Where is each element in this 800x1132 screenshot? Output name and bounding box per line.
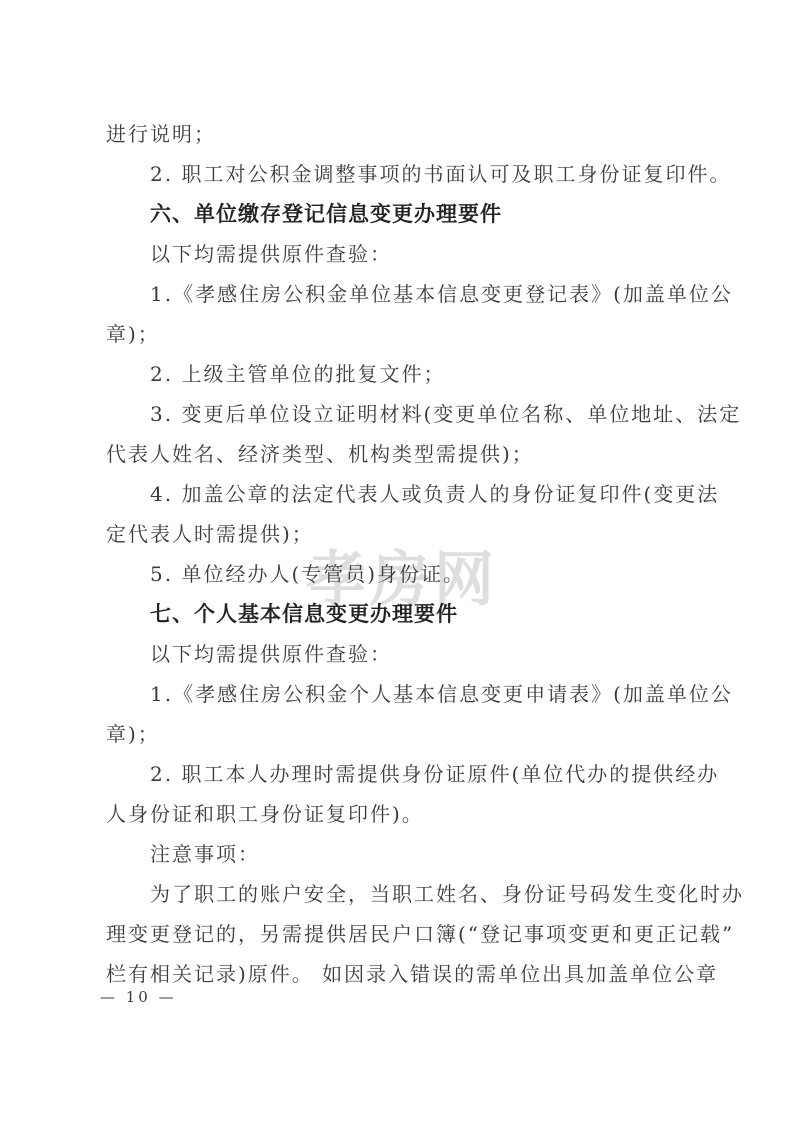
text-line: 进行说明； <box>106 114 726 154</box>
text-line: 5. 单位经办人(专管员)身份证。 <box>106 554 726 594</box>
text-line: 章)； <box>106 714 726 754</box>
text-line: 栏有相关记录)原件。 如因录入错误的需单位出具加盖单位公章 <box>106 954 726 994</box>
text-line: 理变更登记的，另需提供居民户口簿(“登记事项变更和更正记载” <box>106 914 726 954</box>
text-line: 代表人姓名、经济类型、机构类型需提供)； <box>106 434 726 474</box>
text-line: 为了职工的账户安全，当职工姓名、身份证号码发生变化时办 <box>106 874 726 914</box>
text-line: 定代表人时需提供)； <box>106 514 726 554</box>
text-line: 2. 上级主管单位的批复文件； <box>106 354 726 394</box>
section-heading-6: 六、单位缴存登记信息变更办理要件 <box>106 194 726 234</box>
text-line: 人身份证和职工身份证复印件)。 <box>106 794 726 834</box>
text-line: 3. 变更后单位设立证明材料(变更单位名称、单位地址、法定 <box>106 394 726 434</box>
text-line: 1.《孝感住房公积金个人基本信息变更申请表》(加盖单位公 <box>106 674 726 714</box>
text-line: 注意事项： <box>106 834 726 874</box>
text-line: 1.《孝感住房公积金单位基本信息变更登记表》(加盖单位公 <box>106 274 726 314</box>
text-line: 以下均需提供原件查验： <box>106 234 726 274</box>
document-content: 进行说明； 2. 职工对公积金调整事项的书面认可及职工身份证复印件。 六、单位缴… <box>106 114 726 994</box>
text-line: 章)； <box>106 314 726 354</box>
section-heading-7: 七、个人基本信息变更办理要件 <box>106 594 726 634</box>
text-line: 2. 职工本人办理时需提供身份证原件(单位代办的提供经办 <box>106 754 726 794</box>
text-line: 以下均需提供原件查验： <box>106 634 726 674</box>
document-page: 孝房网 进行说明； 2. 职工对公积金调整事项的书面认可及职工身份证复印件。 六… <box>0 0 800 1132</box>
page-number: — 10 — <box>100 988 177 1006</box>
text-line: 2. 职工对公积金调整事项的书面认可及职工身份证复印件。 <box>106 154 726 194</box>
text-line: 4. 加盖公章的法定代表人或负责人的身份证复印件(变更法 <box>106 474 726 514</box>
